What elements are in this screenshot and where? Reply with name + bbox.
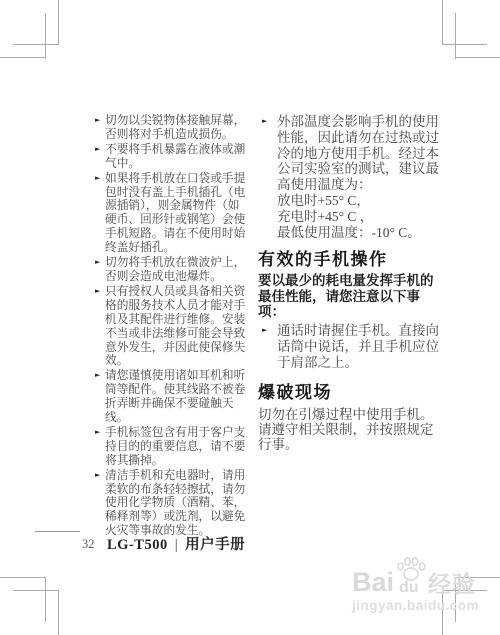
manual-name: 用户手册	[185, 537, 245, 553]
manual-title: LG-T500|用户手册	[107, 533, 245, 554]
bullet-arrow-icon: ►	[95, 256, 105, 284]
watermark-brand-prefix: Bai	[352, 570, 394, 596]
safety-note-item: ► 如果将手机放在口袋或手提 包时没有盖上手机插孔（电 源插销），则金属物件（如…	[95, 172, 253, 255]
right-text-column: ► 外部温度会影响手机的使用 性能，因此请勿在过热或过 冷的地方使用手机。经过本…	[258, 114, 460, 453]
safety-note-item: ► 请您谨慎使用诸如耳机和听 筒等配件。使其线路不被卷 折弄断并确保不要碰触天 …	[95, 369, 253, 425]
bullet-arrow-icon: ►	[95, 172, 105, 255]
baidu-jingyan-watermark: Bai du 经验 jingyan.baidu.com	[352, 556, 479, 613]
safety-note-text: 如果将手机放在口袋或手提 包时没有盖上手机插孔（电 源插销），则金属物件（如 硬…	[105, 172, 245, 255]
crop-mark-line	[58, 590, 59, 635]
crop-mark-line	[13, 44, 58, 45]
watermark-badge: 经验	[428, 572, 476, 596]
blasting-site-body: 切勿在引爆过程中使用手机。 请遵守相关限制，并按照规定 行事。	[258, 408, 460, 452]
bullet-arrow-icon: ►	[95, 369, 105, 425]
safety-note-item: ► 只有授权人员或具备相关资 格的服务技术人员才能对手 机及其配件进行维修。安装…	[95, 285, 253, 368]
crop-mark-line	[0, 57, 45, 58]
safety-note-text: 切勿以尖锐物体接触屏幕， 否则将对手机造成损伤。	[105, 114, 245, 142]
safety-note-text: 请您谨慎使用诸如耳机和听 筒等配件。使其线路不被卷 折弄断并确保不要碰触天 线。	[105, 369, 245, 425]
paw-print-icon: du	[395, 556, 427, 596]
safety-note-item: ► 手机标签包含有用于客户支 持目的的重要信息，请不要 将其撕掉。	[95, 426, 253, 468]
bullet-arrow-icon: ►	[95, 114, 105, 142]
crop-mark-line	[45, 13, 46, 59]
temperature-note-item: ► 外部温度会影响手机的使用 性能，因此请勿在过热或过 冷的地方使用手机。经过本…	[258, 114, 460, 240]
safety-note-text: 清洁手机和充电器时，请用 柔软的布条轻轻擦拭，请勿 使用化学物质（酒精、苯， 稀…	[105, 469, 245, 539]
safety-note-text: 手机标签包含有用于客户支 持目的的重要信息，请不要 将其撕掉。	[105, 426, 245, 468]
page-number: 32	[82, 537, 95, 552]
bullet-arrow-icon: ►	[95, 285, 105, 368]
safety-note-text: 不要将手机暴露在液体或潮 气中。	[105, 143, 245, 171]
crop-mark-line	[58, 0, 59, 45]
bullet-arrow-icon: ►	[95, 469, 105, 539]
crop-mark-line	[442, 44, 487, 45]
section-heading-blasting-site: 爆破现场	[258, 383, 460, 403]
footer-separator: |	[175, 537, 178, 553]
safety-notes-column: ► 切勿以尖锐物体接触屏幕， 否则将对手机造成损伤。 ► 不要将手机暴露在液体或…	[95, 114, 253, 539]
crop-mark-line	[0, 577, 45, 578]
watermark-logo: Bai du 经验	[352, 556, 479, 596]
safety-note-text: 切勿将手机放在微波炉上， 否则会造成电池爆炸。	[105, 256, 245, 284]
safety-note-item: ► 切勿将手机放在微波炉上， 否则会造成电池爆炸。	[95, 256, 253, 284]
bullet-arrow-icon: ►	[95, 426, 105, 468]
crop-mark-line	[455, 57, 500, 58]
temperature-note-text: 外部温度会影响手机的使用 性能，因此请勿在过热或过 冷的地方使用手机。经过本 公…	[277, 114, 439, 240]
bullet-arrow-icon: ►	[262, 114, 277, 240]
safety-note-item: ► 清洁手机和充电器时，请用 柔软的布条轻轻擦拭，请勿 使用化学物质（酒精、苯，…	[95, 469, 253, 539]
watermark-url: jingyan.baidu.com	[352, 598, 479, 613]
bullet-arrow-icon: ►	[95, 143, 105, 171]
crop-mark-line	[45, 577, 46, 622]
effective-operation-item: ► 通话时请握住手机。直接向 话筒中说话，并且手机应位 于肩部之上。	[258, 323, 460, 370]
footer-rule	[35, 531, 80, 532]
effective-operation-intro: 要以最少的耗电量发挥手机的 最佳性能，请您注意以下事 项：	[258, 273, 460, 319]
manual-page: ► 切勿以尖锐物体接触屏幕， 否则将对手机造成损伤。 ► 不要将手机暴露在液体或…	[0, 0, 500, 635]
crop-mark-line	[13, 590, 58, 591]
section-heading-effective-operation: 有效的手机操作	[258, 250, 460, 270]
watermark-brand-suffix: du	[399, 580, 419, 596]
crop-mark-line	[442, 0, 443, 45]
bullet-arrow-icon: ►	[262, 323, 277, 370]
effective-operation-text: 通话时请握住手机。直接向 话筒中说话，并且手机应位 于肩部之上。	[277, 323, 439, 370]
safety-note-item: ► 切勿以尖锐物体接触屏幕， 否则将对手机造成损伤。	[95, 114, 253, 142]
crop-mark-line	[455, 13, 456, 59]
safety-note-item: ► 不要将手机暴露在液体或潮 气中。	[95, 143, 253, 171]
manual-model: LG-T500	[107, 537, 168, 553]
safety-note-text: 只有授权人员或具备相关资 格的服务技术人员才能对手 机及其配件进行维修。安装 不…	[105, 285, 245, 368]
